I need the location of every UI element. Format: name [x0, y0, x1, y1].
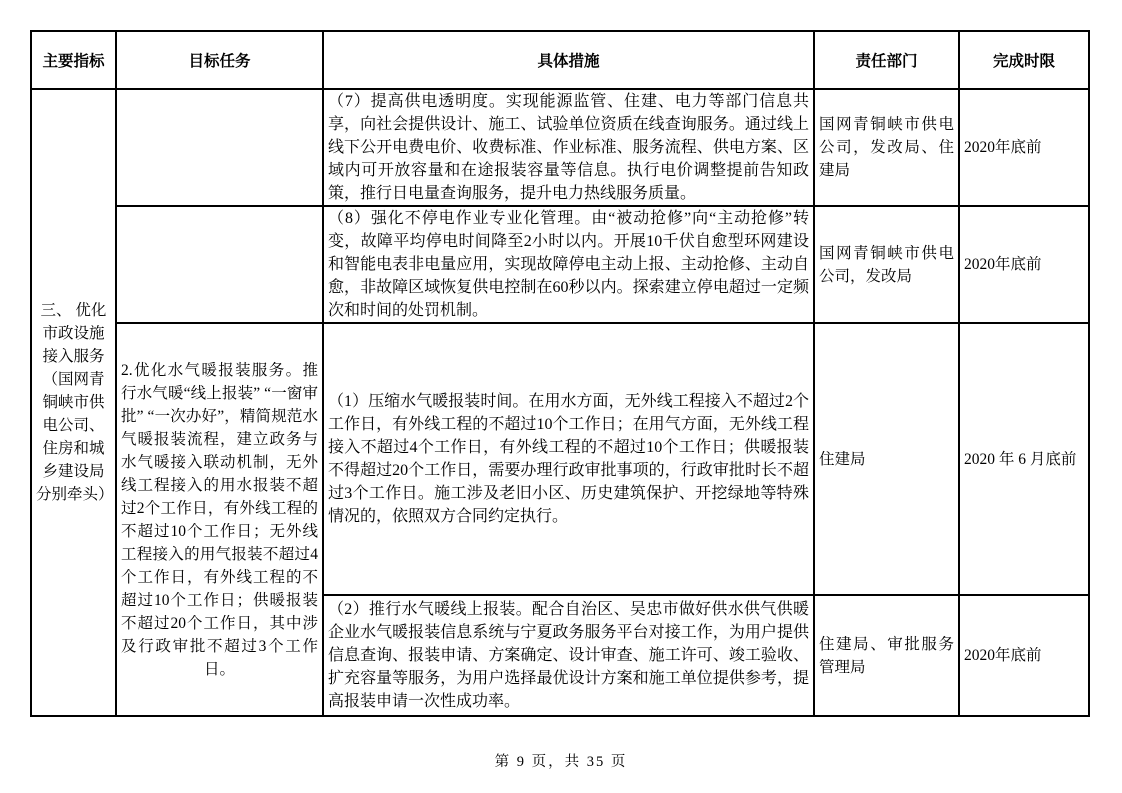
- goal-task-cell-empty-2: [116, 206, 323, 323]
- header-completion-deadline: 完成时限: [959, 31, 1089, 89]
- measure-cell-7: （7）提高供电透明度。实现能源监管、住建、电力等部门信息共享，向社会提供设计、施…: [323, 89, 814, 206]
- header-main-indicator: 主要指标: [31, 31, 116, 89]
- goal-task-cell-empty-1: [116, 89, 323, 206]
- measure-cell-2: （2）推行水气暖线上报装。配合自治区、吴忠市做好供水供气供暖企业水气暖报装信息系…: [323, 595, 814, 716]
- deadline-cell-2: 2020年底前: [959, 206, 1089, 323]
- deadline-cell-1: 2020年底前: [959, 89, 1089, 206]
- department-cell-2: 国网青铜峡市供电公司，发改局: [814, 206, 959, 323]
- header-goal-task: 目标任务: [116, 31, 323, 89]
- department-cell-1: 国网青铜峡市供电公司，发改局、住建局: [814, 89, 959, 206]
- deadline-cell-4: 2020年底前: [959, 595, 1089, 716]
- department-cell-4: 住建局、审批服务管理局: [814, 595, 959, 716]
- page-number: 第 9 页，共 35 页: [0, 750, 1122, 771]
- header-specific-measures: 具体措施: [323, 31, 814, 89]
- header-responsible-department: 责任部门: [814, 31, 959, 89]
- deadline-cell-3: 2020 年 6 月底前: [959, 323, 1089, 595]
- measure-cell-8: （8）强化不停电作业专业化管理。由“被动抢修”向“主动抢修”转变，故障平均停电时…: [323, 206, 814, 323]
- indicator-cell: 三、 优化市政设施接入服务（国网青铜峡市供电公司、住房和城乡建设局分别牵头）: [31, 89, 116, 716]
- measure-cell-1: （1）压缩水气暖报装时间。在用水方面，无外线工程接入不超过2个工作日，有外线工程…: [323, 323, 814, 595]
- table-header-row: 主要指标 目标任务 具体措施 责任部门 完成时限: [31, 31, 1089, 89]
- department-cell-3: 住建局: [814, 323, 959, 595]
- action-plan-table: 主要指标 目标任务 具体措施 责任部门 完成时限 三、 优化市政设施接入服务（国…: [30, 30, 1090, 717]
- table-row: 2.优化水气暖报装服务。推行水气暖“线上报装” “一窗审批” “一次办好”，精简…: [31, 323, 1089, 595]
- table-row: （8）强化不停电作业专业化管理。由“被动抢修”向“主动抢修”转变，故障平均停电时…: [31, 206, 1089, 323]
- table-row: 三、 优化市政设施接入服务（国网青铜峡市供电公司、住房和城乡建设局分别牵头） （…: [31, 89, 1089, 206]
- goal-task-cell: 2.优化水气暖报装服务。推行水气暖“线上报装” “一窗审批” “一次办好”，精简…: [116, 323, 323, 716]
- document-page: 主要指标 目标任务 具体措施 责任部门 完成时限 三、 优化市政设施接入服务（国…: [0, 0, 1122, 793]
